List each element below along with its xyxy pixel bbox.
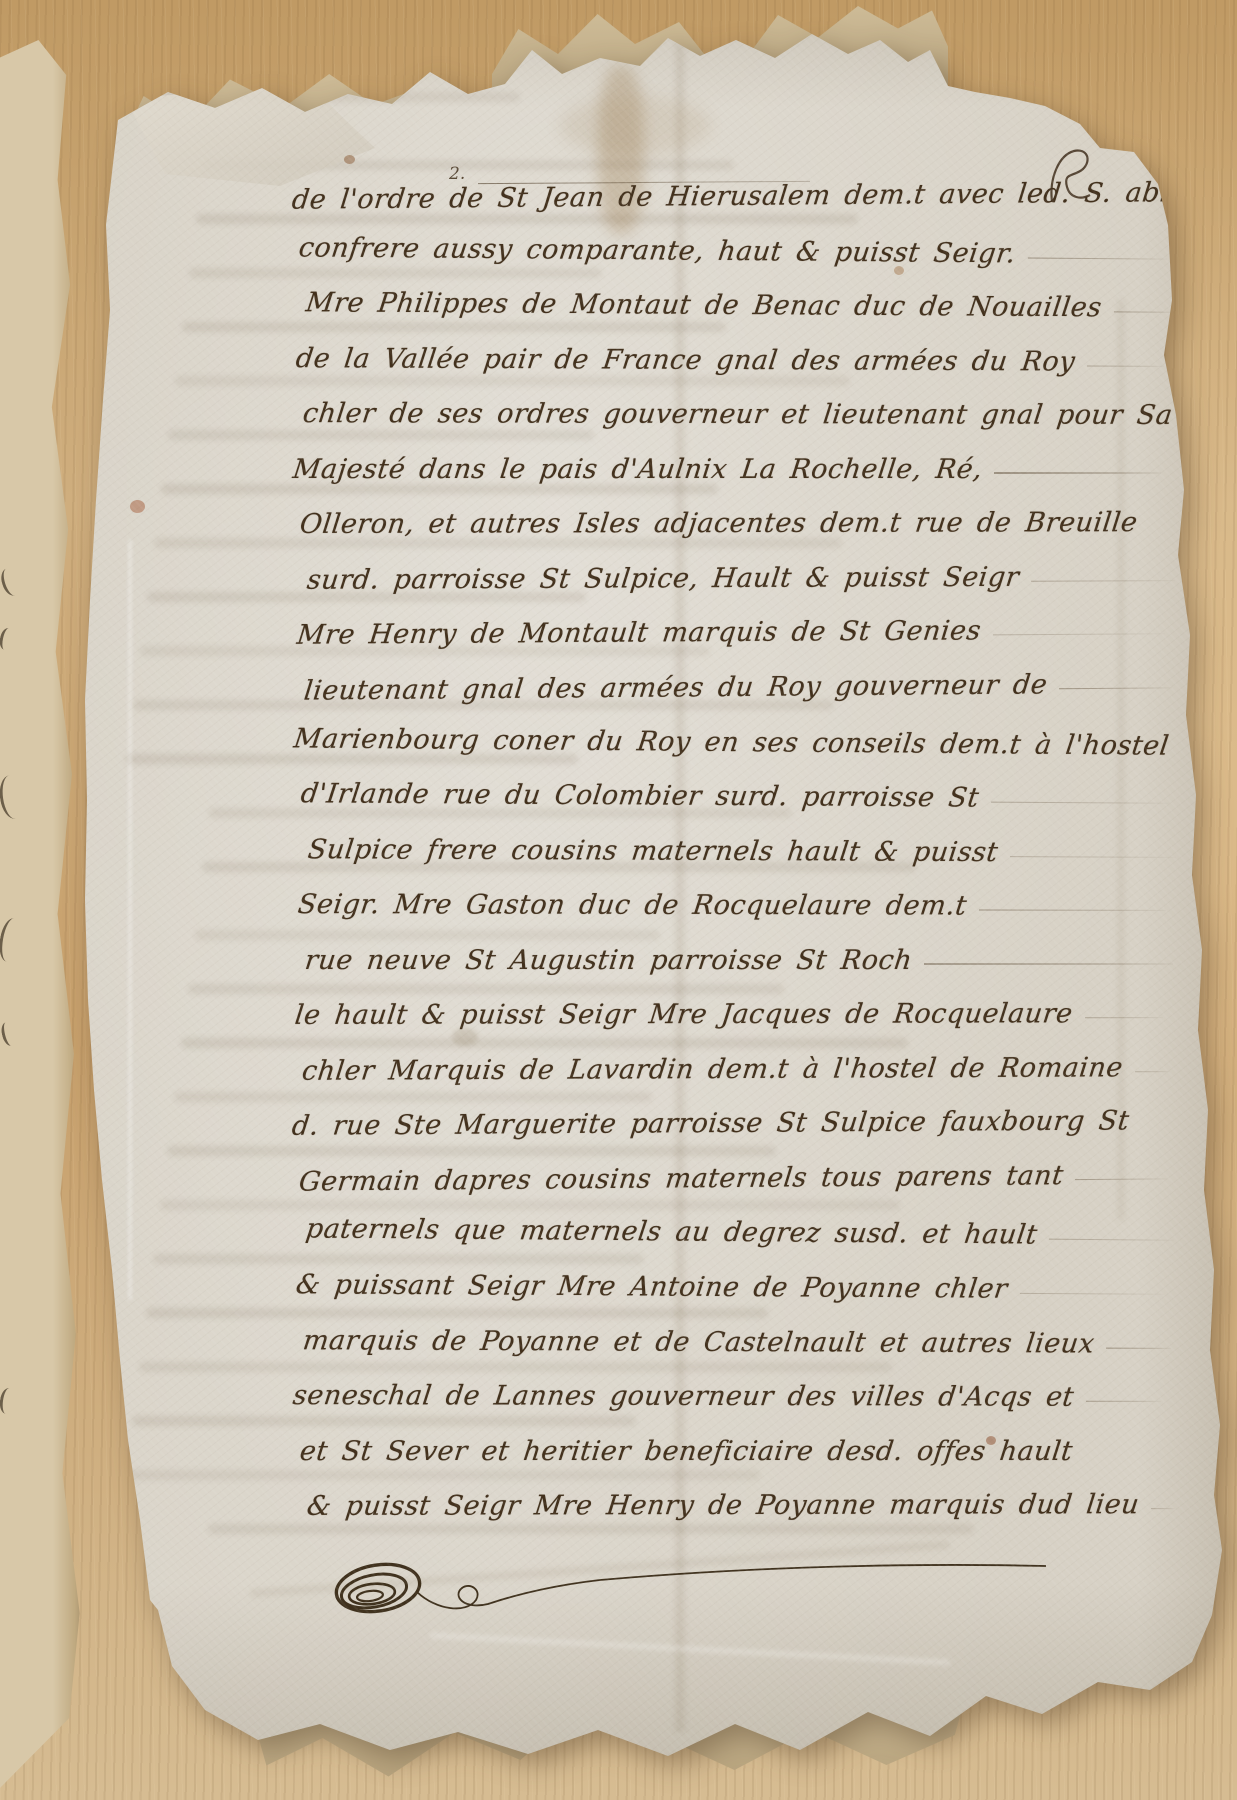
line-filler-rule [1151, 1508, 1175, 1509]
bleedthrough-row [147, 592, 586, 602]
manuscript-line: chler Marquis de Lavardin dem.t à l'host… [292, 1041, 1170, 1089]
bleedthrough-row [146, 1308, 768, 1318]
manuscript-line: surd. parroisse St Sulpice, Hault & puis… [292, 550, 1175, 598]
bleedthrough-row [174, 1092, 652, 1102]
paper-hole [76, 1606, 104, 1636]
fox-spot [344, 155, 355, 164]
manuscript-line-text: & puissant Seigr Mre Antoine de Poyanne … [294, 1268, 1010, 1306]
manuscript-line-text: de l'ordre de St Jean de Hierusalem dem.… [290, 176, 1196, 218]
manuscript-line-text: marquis de Poyanne et de Castelnault et … [301, 1324, 1097, 1361]
paper-hole-small [99, 1570, 117, 1587]
top-fold-smudge [598, 66, 644, 234]
folded-corner-flap [125, 86, 375, 186]
bleedthrough-row [189, 268, 602, 278]
manuscript-line: paternels que maternels au degrez susd. … [292, 1203, 1174, 1254]
manuscript-line-text: & puisst Seigr Mre Henry de Poyanne marq… [305, 1488, 1141, 1524]
manuscript-line: d'Irlande rue du Colombier surd. parrois… [292, 767, 1169, 817]
bleedthrough-row [188, 984, 784, 994]
manuscript-line: Marienbourg coner du Roy en ses conseils… [292, 712, 1162, 763]
bleedthrough-row [160, 1200, 900, 1210]
manuscript-line-text: paternels que maternels au degrez susd. … [304, 1213, 1040, 1253]
manuscript-line-text: surd. parroisse St Sulpice, Hault & puis… [305, 561, 1021, 598]
line-filler-rule [1049, 1239, 1174, 1241]
bleedthrough-row [167, 1146, 776, 1156]
line-filler-rule [1085, 1017, 1163, 1018]
ink-artwork [0, 0, 1237, 1800]
bleedthrough-row [139, 1362, 892, 1372]
manuscript-line: & puissant Seigr Mre Antoine de Poyanne … [292, 1258, 1164, 1307]
bleedthrough-row [202, 862, 916, 872]
manuscript-line: d. rue Ste Marguerite parroisse St Sulpi… [292, 1095, 1160, 1144]
right-crease [1118, 300, 1124, 1220]
manuscript-line-text: lieutenant gnal des armées du Roy gouver… [302, 668, 1049, 708]
manuscript-line-text: d. rue Ste Marguerite parroisse St Sulpi… [290, 1105, 1131, 1144]
manuscript-line: de la Vallée pair de France gnal des arm… [292, 332, 1164, 380]
bleedthrough-row [181, 1038, 908, 1048]
bleedthrough-row [208, 1524, 974, 1534]
manuscript-line-text: Germain dapres cousins maternels tous pa… [297, 1159, 1065, 1199]
line-filler-rule [1010, 855, 1176, 857]
manuscript-line-text: Mre Henry de Montault marquis de St Geni… [295, 615, 983, 653]
manuscript-line: & puisst Seigr Mre Henry de Poyanne marq… [292, 1478, 1175, 1524]
line-filler-rule [994, 472, 1161, 473]
manuscript-line-text: et St Sever et heritier beneficiaire des… [298, 1435, 1075, 1469]
manuscript-line-text: d'Irlande rue du Colombier surd. parrois… [299, 777, 981, 815]
line-filler-rule [924, 963, 1173, 964]
photograph-of-manuscript: 2. de l'ordre de St Jean de Hierusalem d… [0, 0, 1237, 1800]
line-filler-rule [1114, 311, 1174, 313]
manuscript-line-text: rue neuve St Augustin parroisse St Roch [303, 944, 914, 978]
page-number: 2. [449, 164, 465, 184]
line-filler-rule [1106, 1347, 1171, 1349]
bleedthrough-row [203, 160, 734, 170]
manuscript-line-text: confrere aussy comparante, haut & puisst… [297, 231, 1018, 271]
line-filler-rule [1075, 1178, 1167, 1180]
bleedthrough-row [125, 1470, 760, 1480]
line-filler-rule [1028, 257, 1167, 259]
fox-spot [986, 1436, 996, 1445]
left-crease [128, 540, 132, 1300]
paraph-flourish [333, 1559, 1046, 1618]
manuscript-line-text: le hault & puisst Seigr Mre Jacques de R… [293, 998, 1075, 1034]
center-fold-crease [672, 42, 688, 1732]
bleedthrough-row [196, 214, 858, 224]
line-filler-rule [979, 909, 1166, 911]
damp-stain [560, 96, 710, 156]
manuscript-line-text: Marienbourg coner du Roy en ses conseils… [292, 722, 1171, 763]
bottom-wrinkle [251, 1541, 950, 1598]
manuscript-line: Sulpice frere cousins maternels hault & … [292, 823, 1176, 871]
manuscript-line: Olleron, et autres Isles adjacentes dem.… [292, 496, 1168, 542]
line-filler-rule [993, 633, 1165, 635]
line-filler-rule [1086, 1401, 1161, 1402]
manuscript-line: seneschal de Lannes gouverneur des ville… [292, 1369, 1161, 1415]
line-filler-rule [1087, 365, 1164, 367]
manuscript-line: confrere aussy comparante, haut & puisst… [292, 221, 1167, 272]
bleedthrough-row [209, 808, 792, 818]
bleedthrough-row [126, 754, 578, 764]
manuscript-line: Majesté dans le pais d'Aulnix La Rochell… [292, 443, 1161, 487]
manuscript-page: 2. de l'ordre de St Jean de Hierusalem d… [0, 0, 1237, 1800]
manuscript-line-text: Mre Philippes de Montaut de Benac duc de… [304, 286, 1104, 325]
line-filler-rule [1019, 1293, 1163, 1295]
header-rule [478, 181, 810, 185]
manuscript-text: de l'ordre de St Jean de Hierusalem dem.… [292, 170, 1160, 1570]
manuscript-line: de l'ordre de St Jean de Hierusalem dem.… [292, 166, 1160, 217]
manuscript-line: rue neuve St Augustin parroisse St Roch [292, 934, 1173, 978]
bleedthrough-row [120, 92, 520, 102]
bleedthrough-row [168, 430, 594, 440]
manuscript-line: Germain dapres cousins maternels tous pa… [292, 1148, 1167, 1199]
manuscript-line-text: Majesté dans le pais d'Aulnix La Rochell… [291, 453, 984, 487]
manuscript-line: lieutenant gnal des armées du Roy gouver… [292, 657, 1172, 708]
bleedthrough-row [175, 376, 850, 386]
manuscript-page-wrap: 2. de l'ordre de St Jean de Hierusalem d… [0, 0, 1237, 1800]
manuscript-line-text: seneschal de Lannes gouverneur des ville… [291, 1379, 1076, 1415]
manuscript-line-text: de la Vallée pair de France gnal des arm… [294, 342, 1077, 379]
fox-spot [130, 500, 145, 513]
manuscript-line: Mre Philippes de Montaut de Benac duc de… [292, 276, 1174, 326]
manuscript-line: marquis de Poyanne et de Castelnault et … [292, 1314, 1171, 1362]
bleedthrough-row [182, 322, 726, 332]
margin-curl-icon [1051, 151, 1090, 202]
manuscript-line-text: chler de ses ordres gouverneur et lieute… [301, 397, 1175, 433]
line-filler-rule [991, 801, 1169, 803]
manuscript-line-text: Seigr. Mre Gaston duc de Rocquelaure dem… [296, 888, 969, 923]
manuscript-line-text: Olleron, et autres Isles adjacentes dem.… [298, 506, 1140, 542]
manuscript-line: le hault & puisst Seigr Mre Jacques de R… [292, 987, 1163, 1033]
bleedthrough-row [154, 538, 842, 548]
manuscript-line: chler de ses ordres gouverneur et lieute… [292, 387, 1171, 433]
manuscript-line: Seigr. Mre Gaston duc de Rocquelaure dem… [292, 878, 1166, 924]
bleedthrough-row [161, 484, 718, 494]
manuscript-line-text: chler Marquis de Lavardin dem.t à l'host… [300, 1051, 1125, 1088]
manuscript-line: Mre Henry de Montault marquis de St Geni… [292, 604, 1165, 653]
manuscript-line: et St Sever et heritier beneficiaire des… [292, 1425, 1168, 1469]
bleedthrough-row [153, 1254, 644, 1264]
bleedthrough-row [133, 700, 834, 710]
fox-spot [894, 266, 904, 275]
manuscript-line-text: Sulpice frere cousins maternels hault & … [306, 833, 1000, 870]
damp-stain [452, 1028, 478, 1046]
bleedthrough-row [140, 646, 710, 656]
line-filler-rule [1135, 1071, 1170, 1072]
bleedthrough-row [132, 1416, 636, 1426]
line-filler-rule [1031, 580, 1175, 582]
bleedthrough-row [195, 930, 660, 940]
bottom-wrinkle-highlight [430, 1632, 950, 1665]
line-filler-rule [1059, 687, 1172, 689]
